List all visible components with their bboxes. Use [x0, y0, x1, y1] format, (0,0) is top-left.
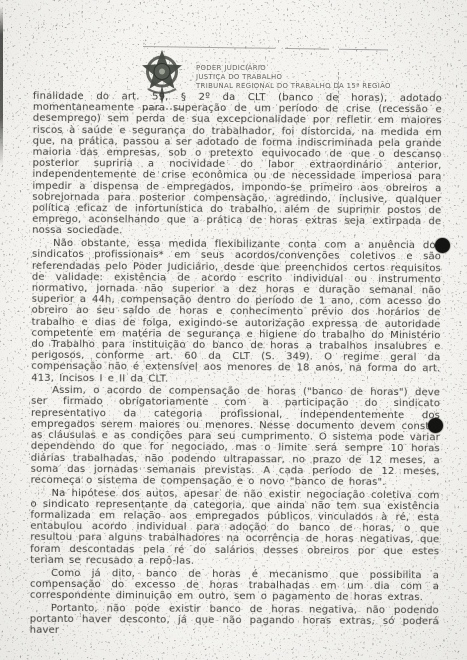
- body-paragraph: Não obstante, essa medida flexibilizante…: [31, 238, 441, 386]
- body-paragraph: Como já dito, banco de horas é mecanismo…: [30, 567, 439, 603]
- court-letterhead: PODER JUDICIÁRIO JUSTIÇA DO TRABALHO TRI…: [196, 64, 416, 92]
- letterhead-line-1: PODER JUDICIÁRIO: [196, 64, 416, 73]
- scanned-document-page: PODER JUDICIÁRIO JUSTIÇA DO TRABALHO TRI…: [0, 0, 467, 660]
- binder-hole-mark: [435, 238, 450, 253]
- body-paragraph: Na hipótese dos autos, apesar de não exi…: [30, 487, 439, 568]
- scan-edge-artifact: [0, 6, 3, 166]
- body-paragraph: Portanto, não pode existir banco de hora…: [30, 602, 439, 638]
- letterhead-line-3: TRIBUNAL REGIONAL DO TRABALHO DA 15ª REG…: [196, 82, 416, 91]
- body-paragraph: Assim, o acordo de compensação de horas …: [31, 385, 441, 488]
- decision-body-text: finalidade do art. 59, § 2º da CLT (banc…: [30, 91, 442, 640]
- body-paragraph: finalidade do art. 59, § 2º da CLT (banc…: [32, 91, 442, 239]
- binder-hole-mark: [428, 418, 443, 433]
